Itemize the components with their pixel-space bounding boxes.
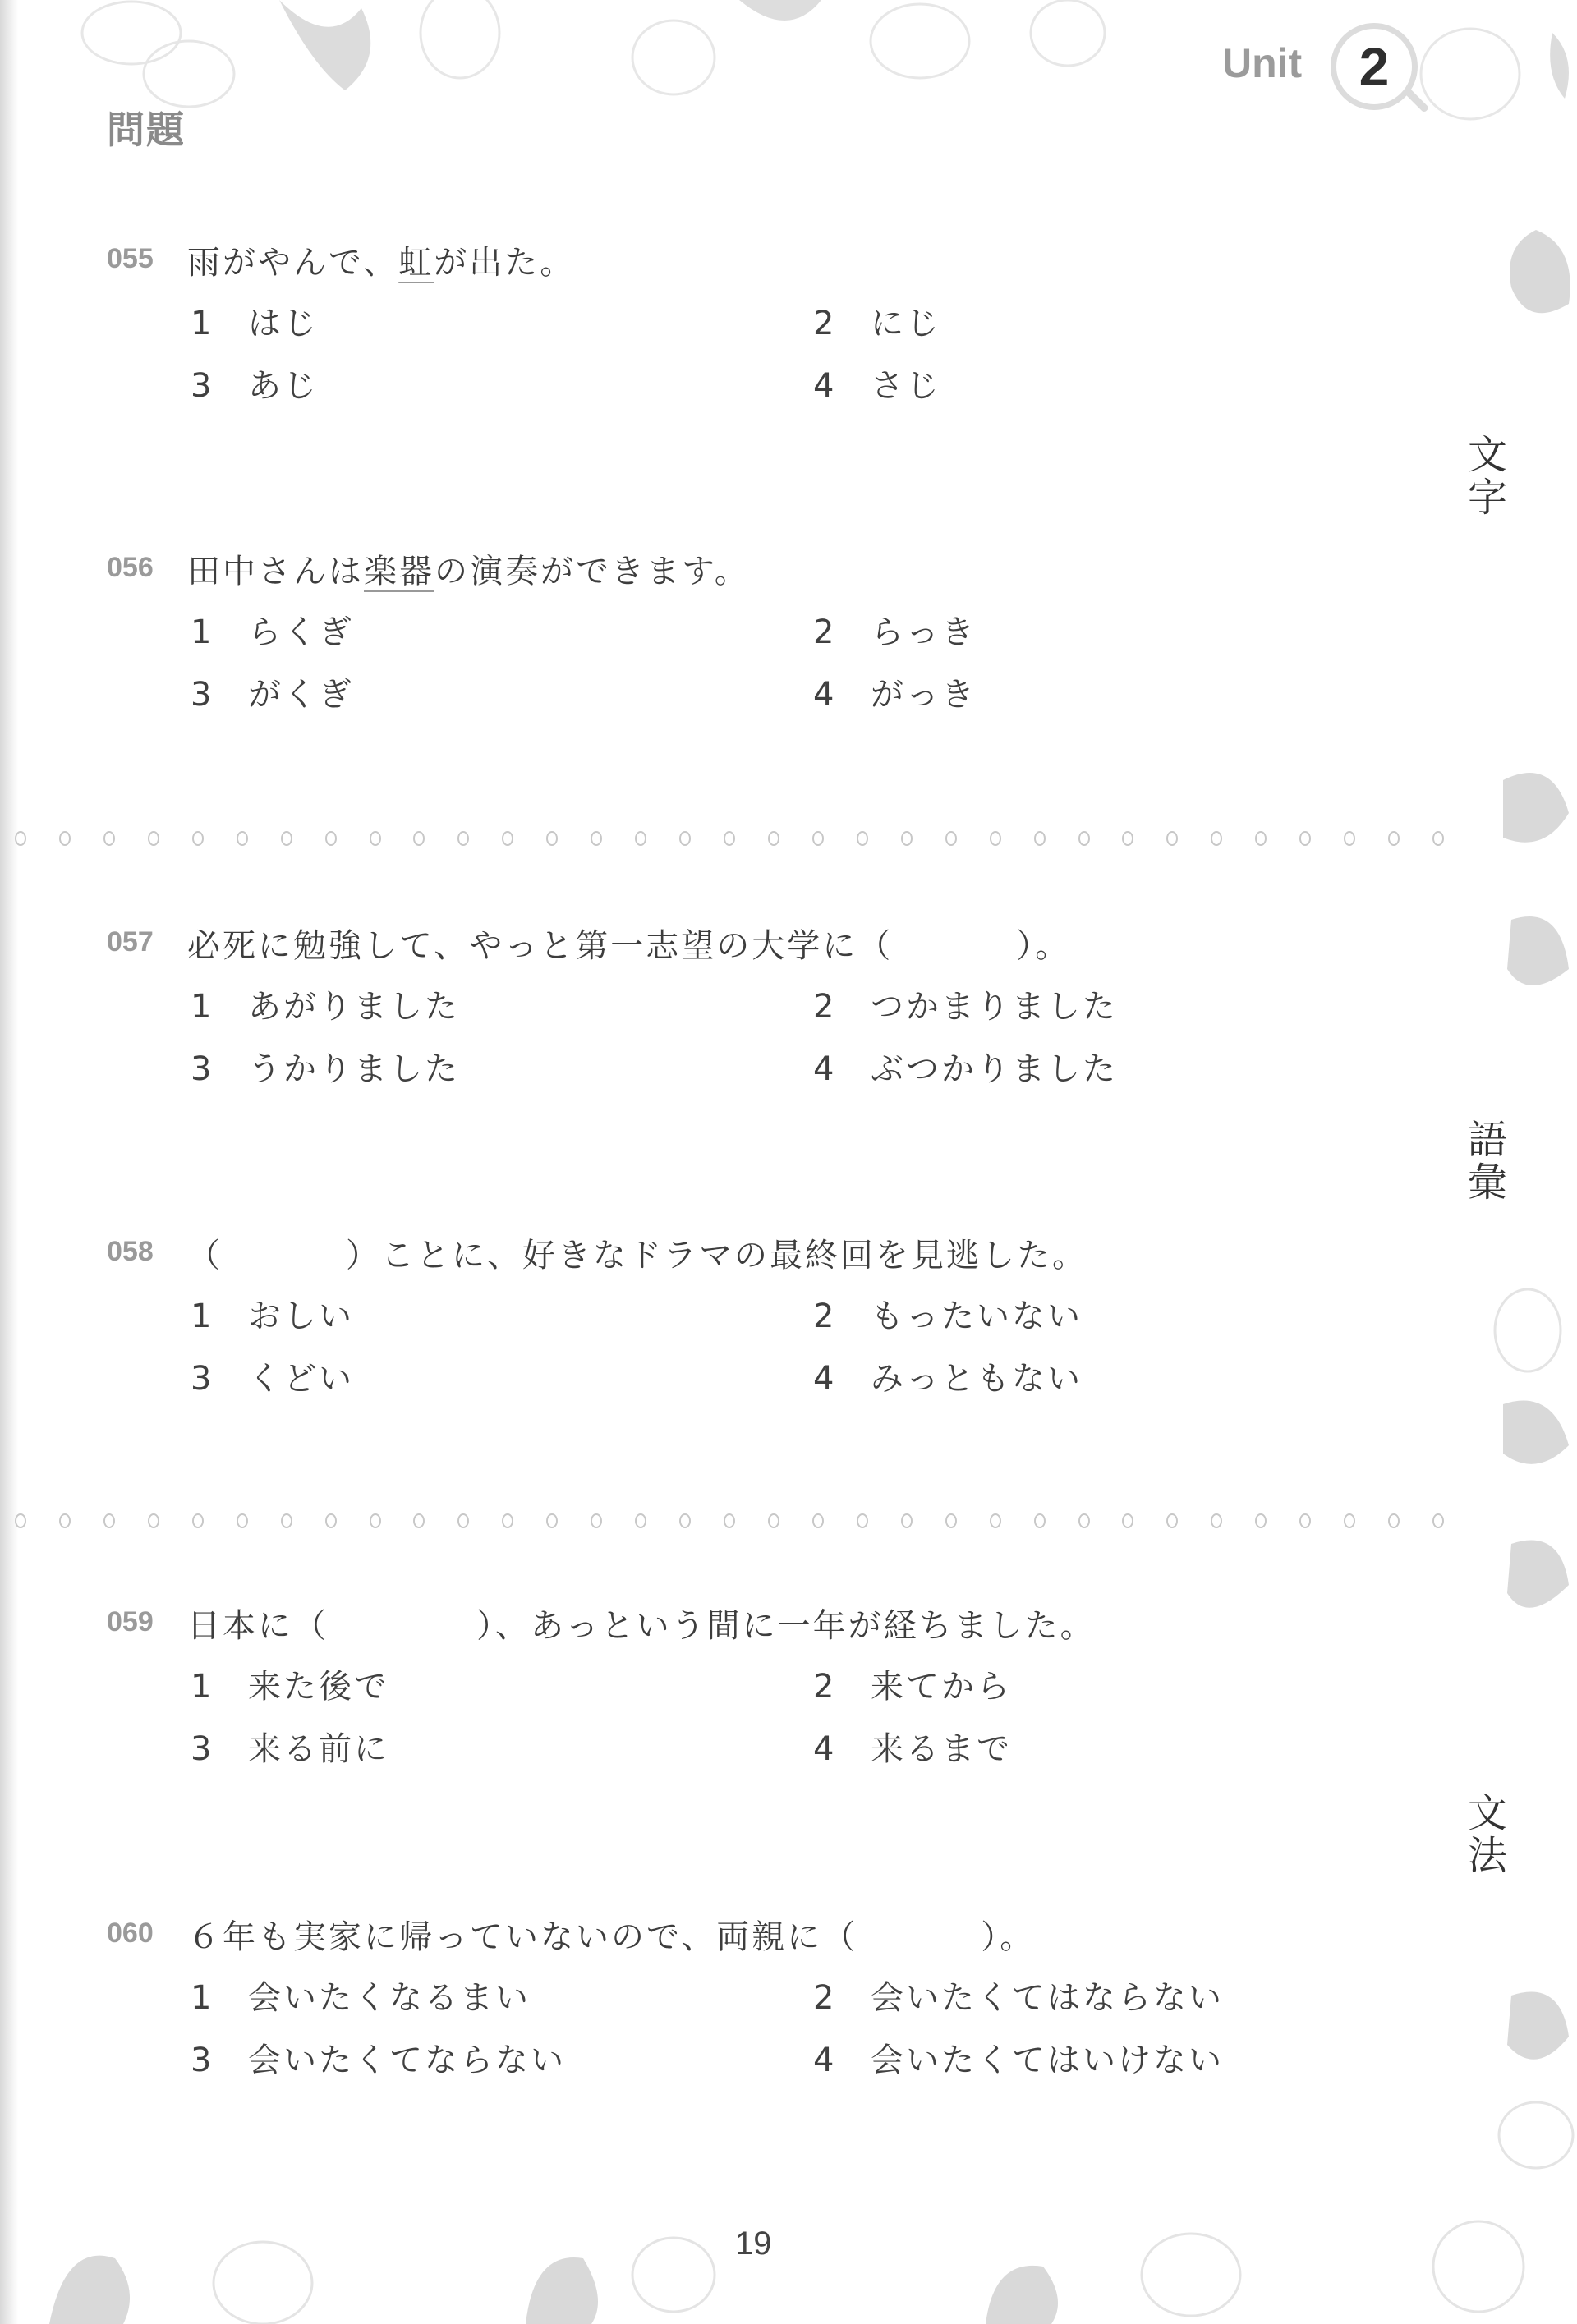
option-3[interactable]: 3くどい [191, 1353, 354, 1399]
option-1[interactable]: 1あがりました [191, 981, 460, 1027]
question-number: 057 [107, 926, 154, 958]
section-title: 問題 [107, 100, 186, 154]
magnifier-handle-decoration [1405, 88, 1429, 113]
question-text: 雨がやんで、虹が出た。 [187, 237, 575, 283]
question-text: ６年も実家に帰っていないので、両親に（）。 [187, 1911, 1035, 1958]
underlined-word: 虹 [398, 244, 434, 282]
option-4[interactable]: 4ぶつかりました [813, 1043, 1118, 1090]
underlined-word: 楽器 [364, 553, 434, 590]
side-tab-moji: 文字 [1466, 434, 1509, 519]
question-number: 058 [107, 1236, 154, 1268]
option-4[interactable]: 4会いたくてはいけない [813, 2034, 1224, 2081]
page-number: 19 [735, 2225, 772, 2262]
question-056: 056 田中さんは楽器の演奏ができます。 1らくぎ 2らっき 3がくぎ 4がっき [107, 545, 1388, 729]
dotted-divider [15, 831, 1444, 851]
option-2[interactable]: 2もったいない [813, 1290, 1083, 1337]
option-4[interactable]: 4みっともない [813, 1353, 1083, 1399]
option-2[interactable]: 2らっき [813, 606, 977, 653]
question-text: 必死に勉強して、やっと第一志望の大学に（）。 [187, 920, 1070, 967]
option-4[interactable]: 4さじ [813, 360, 941, 406]
question-text: （）ことに、好きなドラマの最終回を見逃した。 [187, 1229, 1087, 1276]
unit-number-badge: 2 [1331, 23, 1418, 110]
question-number: 055 [107, 243, 154, 275]
question-055: 055 雨がやんで、虹が出た。 1はじ 2にじ 3あじ 4さじ [107, 237, 1388, 420]
option-3[interactable]: 3がくぎ [191, 668, 354, 715]
question-number: 060 [107, 1918, 154, 1950]
side-tab-goi: 語彙 [1466, 1118, 1509, 1204]
question-text: 田中さんは楽器の演奏ができます。 [187, 545, 750, 592]
option-3[interactable]: 3あじ [191, 360, 319, 406]
option-3[interactable]: 3来る前に [191, 1723, 389, 1770]
question-060: 060 ６年も実家に帰っていないので、両親に（）。 1会いたくなるまい 2会いた… [107, 1911, 1388, 2095]
option-2[interactable]: 2会いたくてはならない [813, 1972, 1224, 2019]
flower-border-bottom-decoration [0, 2209, 1577, 2324]
unit-number: 2 [1359, 35, 1390, 98]
option-4[interactable]: 4がっき [813, 668, 977, 715]
option-3[interactable]: 3会いたくてならない [191, 2034, 566, 2081]
option-2[interactable]: 2来てから [813, 1660, 1012, 1707]
option-1[interactable]: 1会いたくなるまい [191, 1972, 531, 2019]
question-059: 059 日本に（）、あっという間に一年が経ちました。 1来た後で 2来てから 3… [107, 1600, 1388, 1784]
option-1[interactable]: 1おしい [191, 1290, 354, 1337]
side-tab-bunpou: 文法 [1466, 1792, 1509, 1877]
question-number: 059 [107, 1606, 154, 1638]
option-2[interactable]: 2にじ [813, 297, 941, 344]
question-057: 057 必死に勉強して、やっと第一志望の大学に（）。 1あがりました 2つかまり… [107, 920, 1388, 1104]
option-1[interactable]: 1らくぎ [191, 606, 354, 653]
option-3[interactable]: 3うかりました [191, 1043, 460, 1090]
question-number: 056 [107, 552, 154, 584]
option-1[interactable]: 1はじ [191, 297, 319, 344]
option-4[interactable]: 4来るまで [813, 1723, 1012, 1770]
option-1[interactable]: 1来た後で [191, 1660, 389, 1707]
question-text: 日本に（）、あっという間に一年が経ちました。 [187, 1600, 1096, 1647]
page-edge-shadow [0, 0, 18, 2324]
question-058: 058 （）ことに、好きなドラマの最終回を見逃した。 1おしい 2もったいない … [107, 1229, 1388, 1413]
option-2[interactable]: 2つかまりました [813, 981, 1118, 1027]
unit-label: Unit [1222, 39, 1302, 87]
dotted-divider [15, 1513, 1444, 1533]
